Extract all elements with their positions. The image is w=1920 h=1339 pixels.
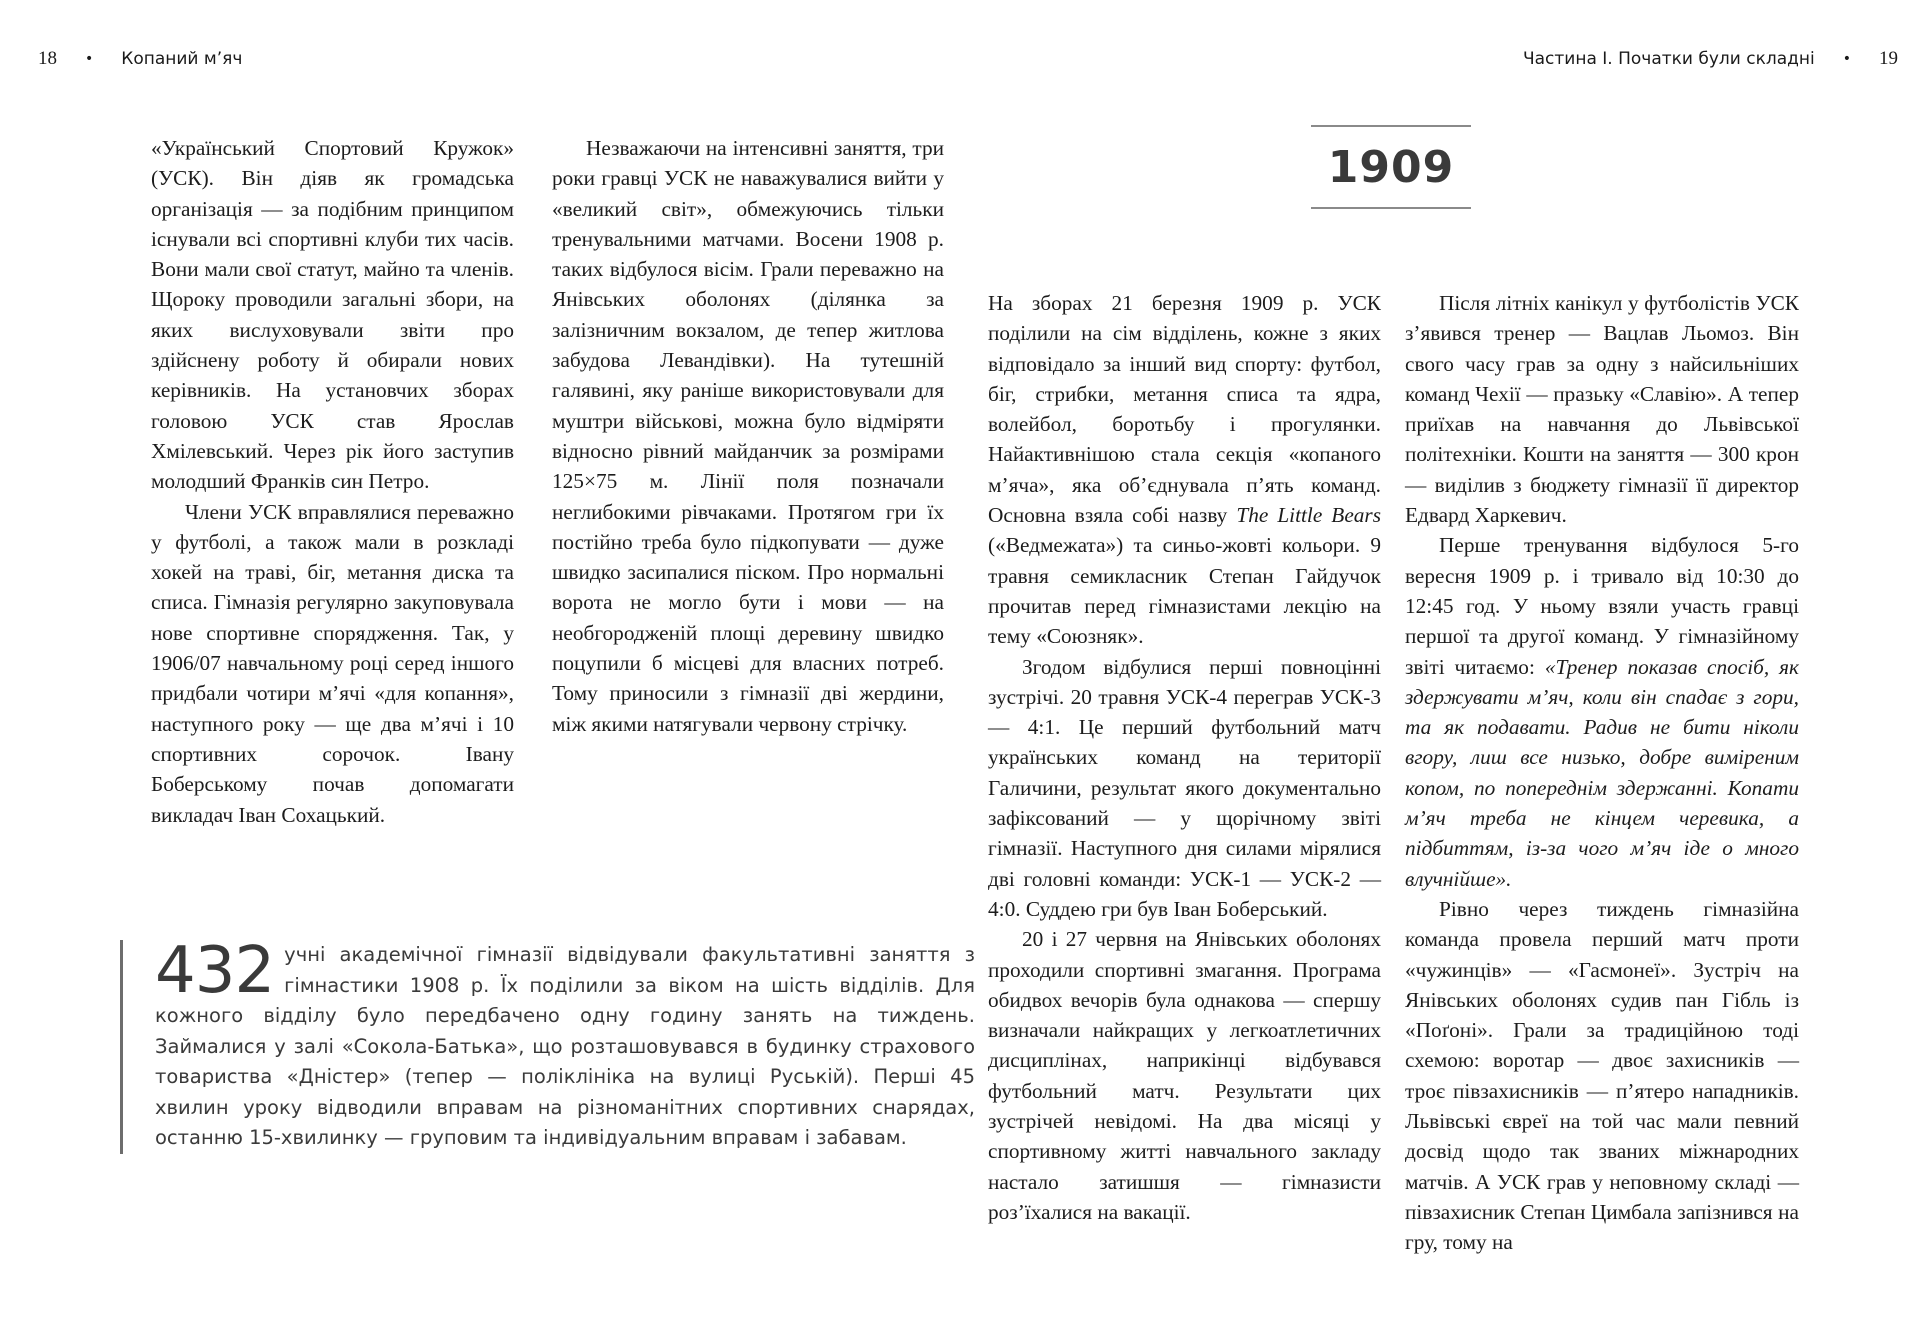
chapter-title: Частина І. Початки були складні [1523, 49, 1815, 69]
bullet-separator-icon: • [85, 51, 93, 67]
paragraph: Рівно через тиждень гімназійна команда п… [1405, 894, 1799, 1258]
paragraph: «Український Спортовий Кружок» (УСК). Ві… [151, 133, 514, 497]
year-heading-text: 1909 [1328, 142, 1454, 193]
paragraph: 20 і 27 червня на Янівських оболонях про… [988, 924, 1381, 1227]
text-column-2: Незважаючи на інтенсивні заняття, три ро… [552, 133, 944, 739]
paragraph-text: На зборах 21 березня 1909 р. УСК поділил… [988, 291, 1381, 527]
paragraph: Перше тренування відбулося 5-го вересня … [1405, 530, 1799, 894]
fact-text: учні академічної гімназії відвідували фа… [155, 943, 975, 1149]
fact-sidebar: 432 учні академічної гімназії відвідувал… [120, 940, 975, 1154]
running-head-right: Частина І. Початки були складні • 19 [1523, 44, 1898, 74]
paragraph: На зборах 21 березня 1909 р. УСК поділил… [988, 288, 1381, 652]
text-column-1: «Український Спортовий Кружок» (УСК). Ві… [151, 133, 514, 830]
paragraph: Згодом відбулися перші повноцінні зустрі… [988, 652, 1381, 925]
paragraph-text: («Ведмежата») та синьо-жовті кольори. 9 … [988, 533, 1381, 648]
running-head-left: 18 • Копаний м’яч [38, 44, 242, 74]
page-number-right: 19 [1879, 48, 1898, 70]
book-title: Копаний м’яч [121, 49, 242, 69]
quote-italic: «Тренер показав спосіб, як здержувати м’… [1405, 655, 1799, 891]
text-column-4: Після літніх канікул у футболістів УСК з… [1405, 288, 1799, 1258]
fact-number: 432 [155, 942, 274, 1000]
paragraph: Після літніх канікул у футболістів УСК з… [1405, 288, 1799, 530]
year-heading: 1909 [1311, 125, 1471, 209]
page-number-left: 18 [38, 48, 57, 70]
text-column-3: На зборах 21 березня 1909 р. УСК поділил… [988, 288, 1381, 1227]
paragraph: Незважаючи на інтенсивні заняття, три ро… [552, 133, 944, 739]
paragraph: Члени УСК вправлялися переважно у футбол… [151, 497, 514, 830]
bullet-separator-icon: • [1843, 51, 1851, 67]
team-name-italic: The Little Bears [1236, 503, 1381, 527]
